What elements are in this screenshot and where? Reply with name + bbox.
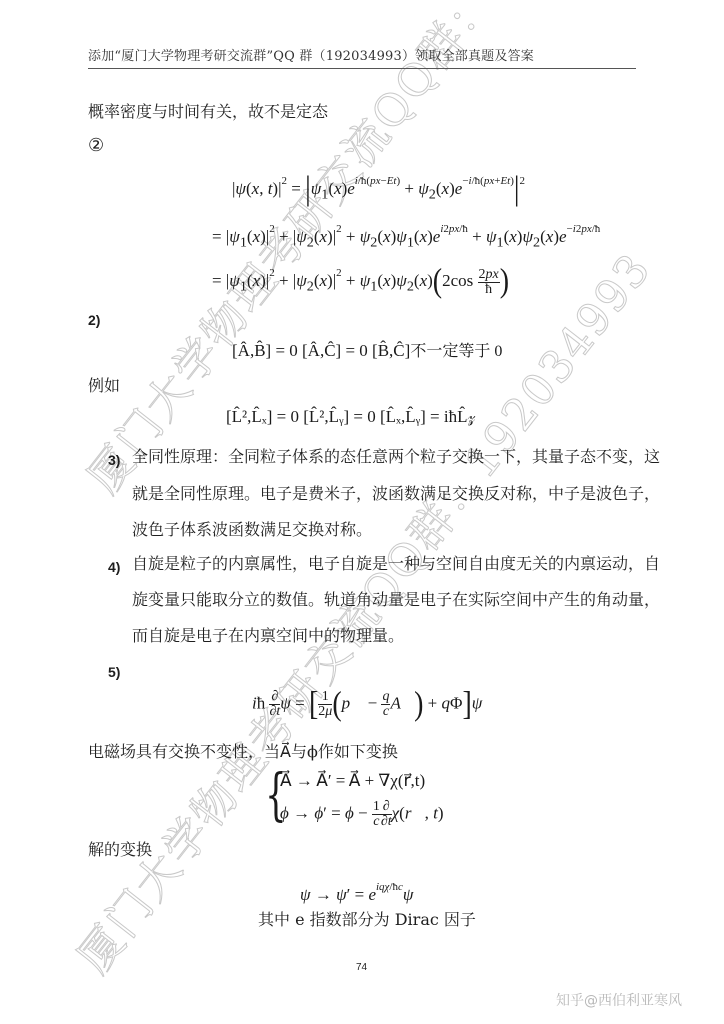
document-page: 厦门大学物理考研交流QQ群：192034993 厦门大学物理考研交流QQ群：19… bbox=[0, 0, 724, 1024]
section-3-line-3: 波色子体系波函数满足交换对称。 bbox=[132, 520, 372, 540]
page-number: 74 bbox=[356, 962, 367, 973]
gauge-invariance-intro: 电磁场具有交换不变性，当A⃗与ϕ作如下变换 bbox=[88, 742, 398, 762]
equation-cosine-form: = |ψ1(x)|2 + |ψ2(x)|2 + ψ1(x)ψ2(x)(2cos … bbox=[212, 262, 509, 297]
section-4-line-1: 自旋是粒子的内禀属性，电子自旋是一种与空间自由度无关的内禀运动，自 bbox=[132, 554, 660, 574]
gauge-transform-A: A⃗ → A⃗′ = A⃗ + ∇χ(r⃗,t) bbox=[280, 770, 425, 792]
commutator-expression: [Â,B̂] = 0 [Â,Ĉ] = 0 [B̂,Ĉ] bbox=[232, 341, 410, 360]
example-label: 例如 bbox=[88, 376, 120, 396]
page-header: 添加“厦门大学物理考研交流群”QQ 群（192034993）领取全部真题及答案 bbox=[88, 48, 636, 69]
paragraph-probability-density: 概率密度与时间有关，故不是定态 bbox=[88, 102, 328, 122]
circled-number-2: ② bbox=[88, 136, 104, 156]
gauge-transform-phi: ϕ → ϕ′ = ϕ − 1c∂∂tχ(r⃗, t) bbox=[280, 800, 444, 829]
section-3-line-1: 全同性原理：全同粒子体系的态任意两个粒子交换一下，其量子态不变，这 bbox=[132, 447, 660, 467]
section-4-label: 4) bbox=[108, 557, 120, 577]
section-5-label: 5) bbox=[108, 662, 120, 682]
section-2-label: 2) bbox=[88, 310, 100, 330]
section-4-line-3: 而自旋是电子在内禀空间中的物理量。 bbox=[132, 626, 404, 646]
equation-commutators: [Â,B̂] = 0 [Â,Ĉ] = 0 [B̂,Ĉ]不一定等于 0 bbox=[232, 340, 502, 363]
zhihu-credit: 知乎@西伯利亚寒风 bbox=[556, 990, 682, 1010]
equation-expansion: = |ψ1(x)|2 + |ψ2(x)|2 + ψ2(x)ψ1(x)ei2px/… bbox=[212, 218, 600, 253]
section-3-label: 3) bbox=[108, 450, 120, 470]
dirac-factor-note: 其中 e 指数部分为 Dirac 因子 bbox=[258, 910, 476, 930]
equation-schrodinger-em: iħ ∂∂tψ = [12μ(p⃗ − qcA⃗) + qΦ]ψ bbox=[252, 690, 482, 719]
section-3-line-2: 就是全同性原理。电子是费米子，波函数满足交换反对称，中子是波色子， bbox=[132, 484, 660, 504]
section-4-line-2: 旋变量只能取分立的数值。轨道角动量是电子在实际空间中产生的角动量， bbox=[132, 590, 660, 610]
commutator-note: 不一定等于 0 bbox=[410, 343, 502, 360]
equation-probability-density: |ψ(x, t)|2 = |ψ1(x)ei/ħ(px−Et) + ψ2(x)e−… bbox=[232, 170, 525, 205]
equation-wavefunction-transform: ψ → ψ′ = eiqχ/ħcψ bbox=[300, 876, 413, 906]
equation-angular-momentum-commutators: [L̂²,L̂ₓ] = 0 [L̂²,L̂ᵧ] = 0 [L̂ₓ,L̂ᵧ] = … bbox=[226, 406, 475, 428]
solution-transform-label: 解的变换 bbox=[88, 840, 152, 860]
